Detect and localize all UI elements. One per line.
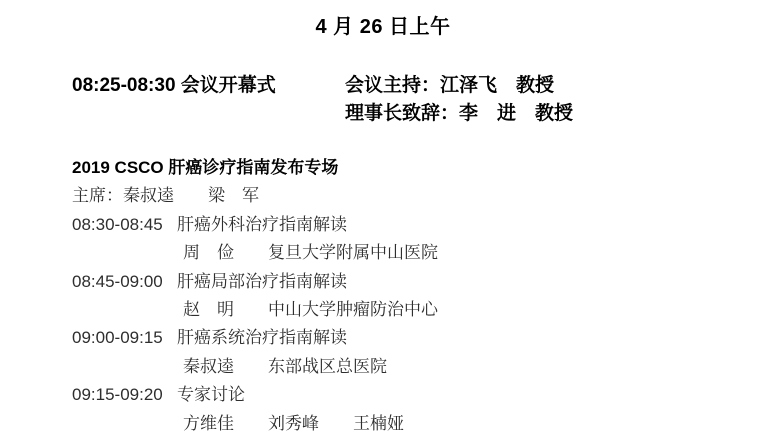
opening-speech-line: 理事长致辞：李 进 教授 — [345, 100, 573, 128]
item-topic: 肝癌局部治疗指南解读 — [177, 272, 347, 291]
item-time: 09:00-09:15 — [72, 324, 177, 352]
schedule-item-row: 09:00-09:15肝癌系统治疗指南解读 — [72, 324, 766, 352]
item-speaker: 秦叔逵 东部战区总医院 — [183, 353, 766, 381]
item-time: 08:45-09:00 — [72, 268, 177, 296]
schedule-item-row: 09:15-09:20专家讨论 — [72, 381, 766, 409]
session-chair-line: 主席：秦叔逵 梁 军 — [72, 182, 766, 210]
session-title: 2019 CSCO 肝癌诊疗指南发布专场 — [72, 154, 766, 182]
item-speaker: 周 俭 复旦大学附属中山医院 — [183, 239, 766, 267]
opening-ceremony-section: 08:25-08:30 会议开幕式 会议主持：江泽飞 教授 理事长致辞：李 进 … — [72, 72, 766, 127]
opening-time-title: 08:25-08:30 会议开幕式 — [72, 72, 345, 127]
schedule-item: 09:15-09:20专家讨论 方维佳 刘秀峰 王楠娅 — [72, 381, 766, 438]
schedule-item-row: 08:45-09:00肝癌局部治疗指南解读 — [72, 268, 766, 296]
opening-hosts: 会议主持：江泽飞 教授 理事长致辞：李 进 教授 — [345, 72, 573, 127]
schedule-item: 08:30-08:45肝癌外科治疗指南解读 周 俭 复旦大学附属中山医院 — [72, 211, 766, 268]
item-topic: 肝癌系统治疗指南解读 — [177, 328, 347, 347]
item-topic: 肝癌外科治疗指南解读 — [177, 215, 347, 234]
schedule-item-row: 08:30-08:45肝癌外科治疗指南解读 — [72, 211, 766, 239]
opening-host-line: 会议主持：江泽飞 教授 — [345, 72, 573, 100]
page-title: 4 月 26 日上午 — [0, 0, 766, 39]
item-time: 09:15-09:20 — [72, 381, 177, 409]
item-speaker: 方维佳 刘秀峰 王楠娅 — [183, 410, 766, 438]
item-topic: 专家讨论 — [177, 385, 245, 404]
schedule-item: 08:45-09:00肝癌局部治疗指南解读 赵 明 中山大学肿瘤防治中心 — [72, 268, 766, 325]
conference-program-page: 4 月 26 日上午 08:25-08:30 会议开幕式 会议主持：江泽飞 教授… — [0, 0, 766, 444]
item-time: 08:30-08:45 — [72, 211, 177, 239]
item-speaker: 赵 明 中山大学肿瘤防治中心 — [183, 296, 766, 324]
guideline-session-section: 2019 CSCO 肝癌诊疗指南发布专场 主席：秦叔逵 梁 军 08:30-08… — [72, 154, 766, 438]
schedule-item: 09:00-09:15肝癌系统治疗指南解读 秦叔逵 东部战区总医院 — [72, 324, 766, 381]
